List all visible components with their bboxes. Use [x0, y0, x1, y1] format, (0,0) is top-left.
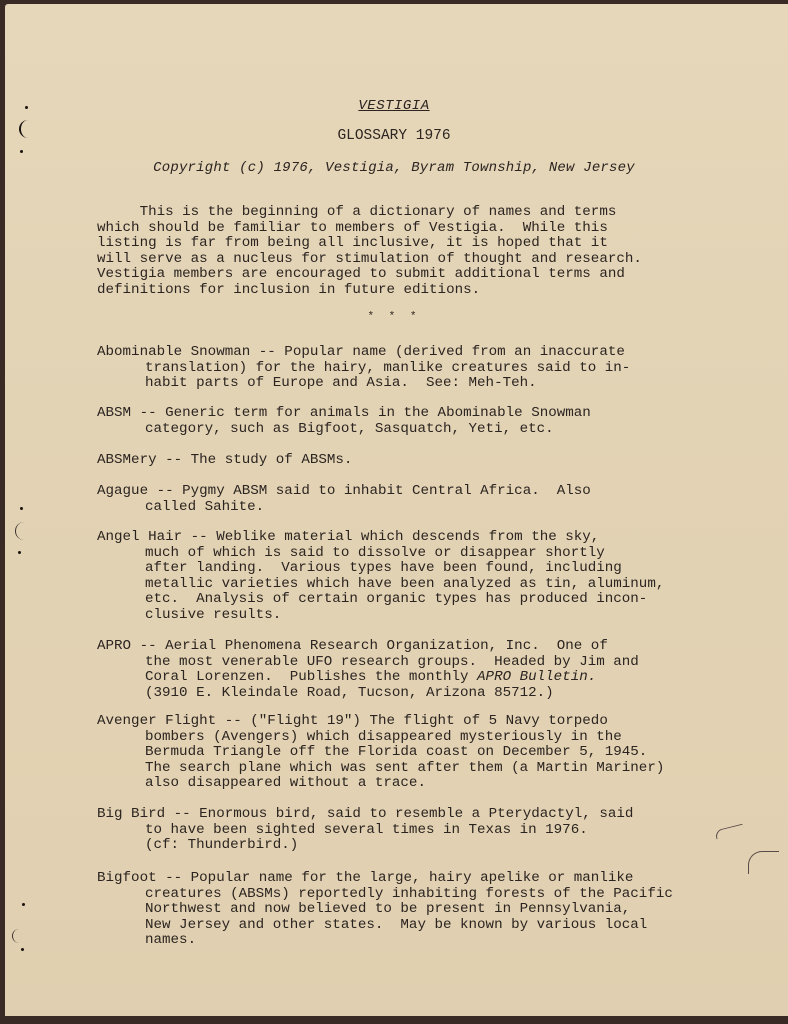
glossary-entry-avenger-flight: Avenger Flight -- ("Flight 19") The flig… [97, 714, 737, 792]
intro-line: will serve as a nucleus for stimulation … [97, 251, 642, 267]
intro-line: Vestigia members are encouraged to submi… [97, 266, 625, 282]
intro-line: listing is far from being all inclusive,… [97, 235, 608, 251]
entry-continuation: category, such as Bigfoot, Sasquatch, Ye… [97, 422, 737, 438]
entry-continuation: Bermuda Triangle off the Florida coast o… [97, 745, 737, 761]
glossary-entry-apro: APRO -- Aerial Phenomena Research Organi… [97, 639, 737, 701]
entry-continuation: names. [97, 933, 737, 949]
binder-dot-mark [21, 948, 24, 951]
glossary-entry-absm: ABSM -- Generic term for animals in the … [97, 406, 737, 437]
entry-continuation: The search plane which was sent after th… [97, 761, 737, 777]
pencil-mark [748, 851, 779, 874]
publication-title: APRO Bulletin. [477, 669, 596, 685]
entry-continuation: after landing. Various types have been f… [97, 561, 737, 577]
binder-bracket-mark [12, 929, 20, 943]
entry-continuation: bombers (Avengers) which disappeared mys… [97, 730, 737, 746]
entry-first-line: Angel Hair -- Weblike material which des… [97, 529, 599, 545]
glossary-entry-big-bird: Big Bird -- Enormous bird, said to resem… [97, 807, 737, 854]
glossary-entry-absmery: ABSMery -- The study of ABSMs. [97, 453, 737, 469]
section-separator: * * * [0, 311, 788, 323]
entry-first-line: Bigfoot -- Popular name for the large, h… [97, 870, 633, 886]
entry-first-line: Big Bird -- Enormous bird, said to resem… [97, 806, 633, 822]
entry-continuation: also disappeared without a trace. [97, 776, 737, 792]
glossary-entry-angel-hair: Angel Hair -- Weblike material which des… [97, 530, 737, 624]
binder-dot-mark [20, 507, 23, 510]
entry-continuation: translation) for the hairy, manlike crea… [97, 361, 737, 377]
intro-line: which should be familiar to members of V… [97, 220, 608, 236]
document-title: VESTIGIA [0, 98, 788, 114]
entry-first-line: Agague -- Pygmy ABSM said to inhabit Cen… [97, 483, 591, 499]
document-subtitle: GLOSSARY 1976 [0, 128, 788, 144]
binder-dot-mark [25, 106, 28, 109]
glossary-entry-agague: Agague -- Pygmy ABSM said to inhabit Cen… [97, 484, 737, 515]
entry-continuation: clusive results. [97, 608, 737, 624]
entry-first-line: ABSMery -- The study of ABSMs. [97, 452, 352, 468]
entry-continuation: the most venerable UFO research groups. … [97, 655, 737, 671]
copyright-line: Copyright (c) 1976, Vestigia, Byram Town… [0, 160, 788, 176]
entry-continuation: habit parts of Europe and Asia. See: Meh… [97, 376, 737, 392]
entry-continuation: Coral Lorenzen. Publishes the monthly AP… [97, 670, 737, 686]
entry-first-line: Avenger Flight -- ("Flight 19") The flig… [97, 713, 608, 729]
intro-paragraph: This is the beginning of a dictionary of… [97, 205, 737, 299]
entry-continuation: to have been sighted several times in Te… [97, 823, 737, 839]
entry-continuation: etc. Analysis of certain organic types h… [97, 592, 737, 608]
entry-continuation: (cf: Thunderbird.) [97, 838, 737, 854]
entry-first-line: ABSM -- Generic term for animals in the … [97, 405, 591, 421]
entry-first-line: Abominable Snowman -- Popular name (deri… [97, 344, 625, 360]
binder-dot-mark [18, 551, 21, 554]
entry-continuation: much of which is said to dissolve or dis… [97, 546, 737, 562]
entry-continuation: New Jersey and other states. May be know… [97, 918, 737, 934]
glossary-entry-bigfoot: Bigfoot -- Popular name for the large, h… [97, 871, 737, 949]
binder-dot-mark [22, 903, 25, 906]
entry-continuation: creatures (ABSMs) reportedly inhabiting … [97, 887, 737, 903]
glossary-entry-abominable-snowman: Abominable Snowman -- Popular name (deri… [97, 345, 737, 392]
entry-first-line: APRO -- Aerial Phenomena Research Organi… [97, 638, 608, 654]
entry-continuation: metallic varieties which have been analy… [97, 577, 737, 593]
intro-line: definitions for inclusion in future edit… [97, 282, 480, 298]
entry-continuation: Northwest and now believed to be present… [97, 902, 737, 918]
entry-continuation: (3910 E. Kleindale Road, Tucson, Arizona… [97, 686, 737, 702]
intro-line: This is the beginning of a dictionary of… [97, 204, 616, 220]
entry-continuation: called Sahite. [97, 500, 737, 516]
entry-text: Coral Lorenzen. Publishes the monthly [145, 669, 477, 685]
binder-dot-mark [20, 150, 23, 153]
glossary-document: VESTIGIA GLOSSARY 1976 Copyright (c) 197… [0, 0, 788, 1024]
